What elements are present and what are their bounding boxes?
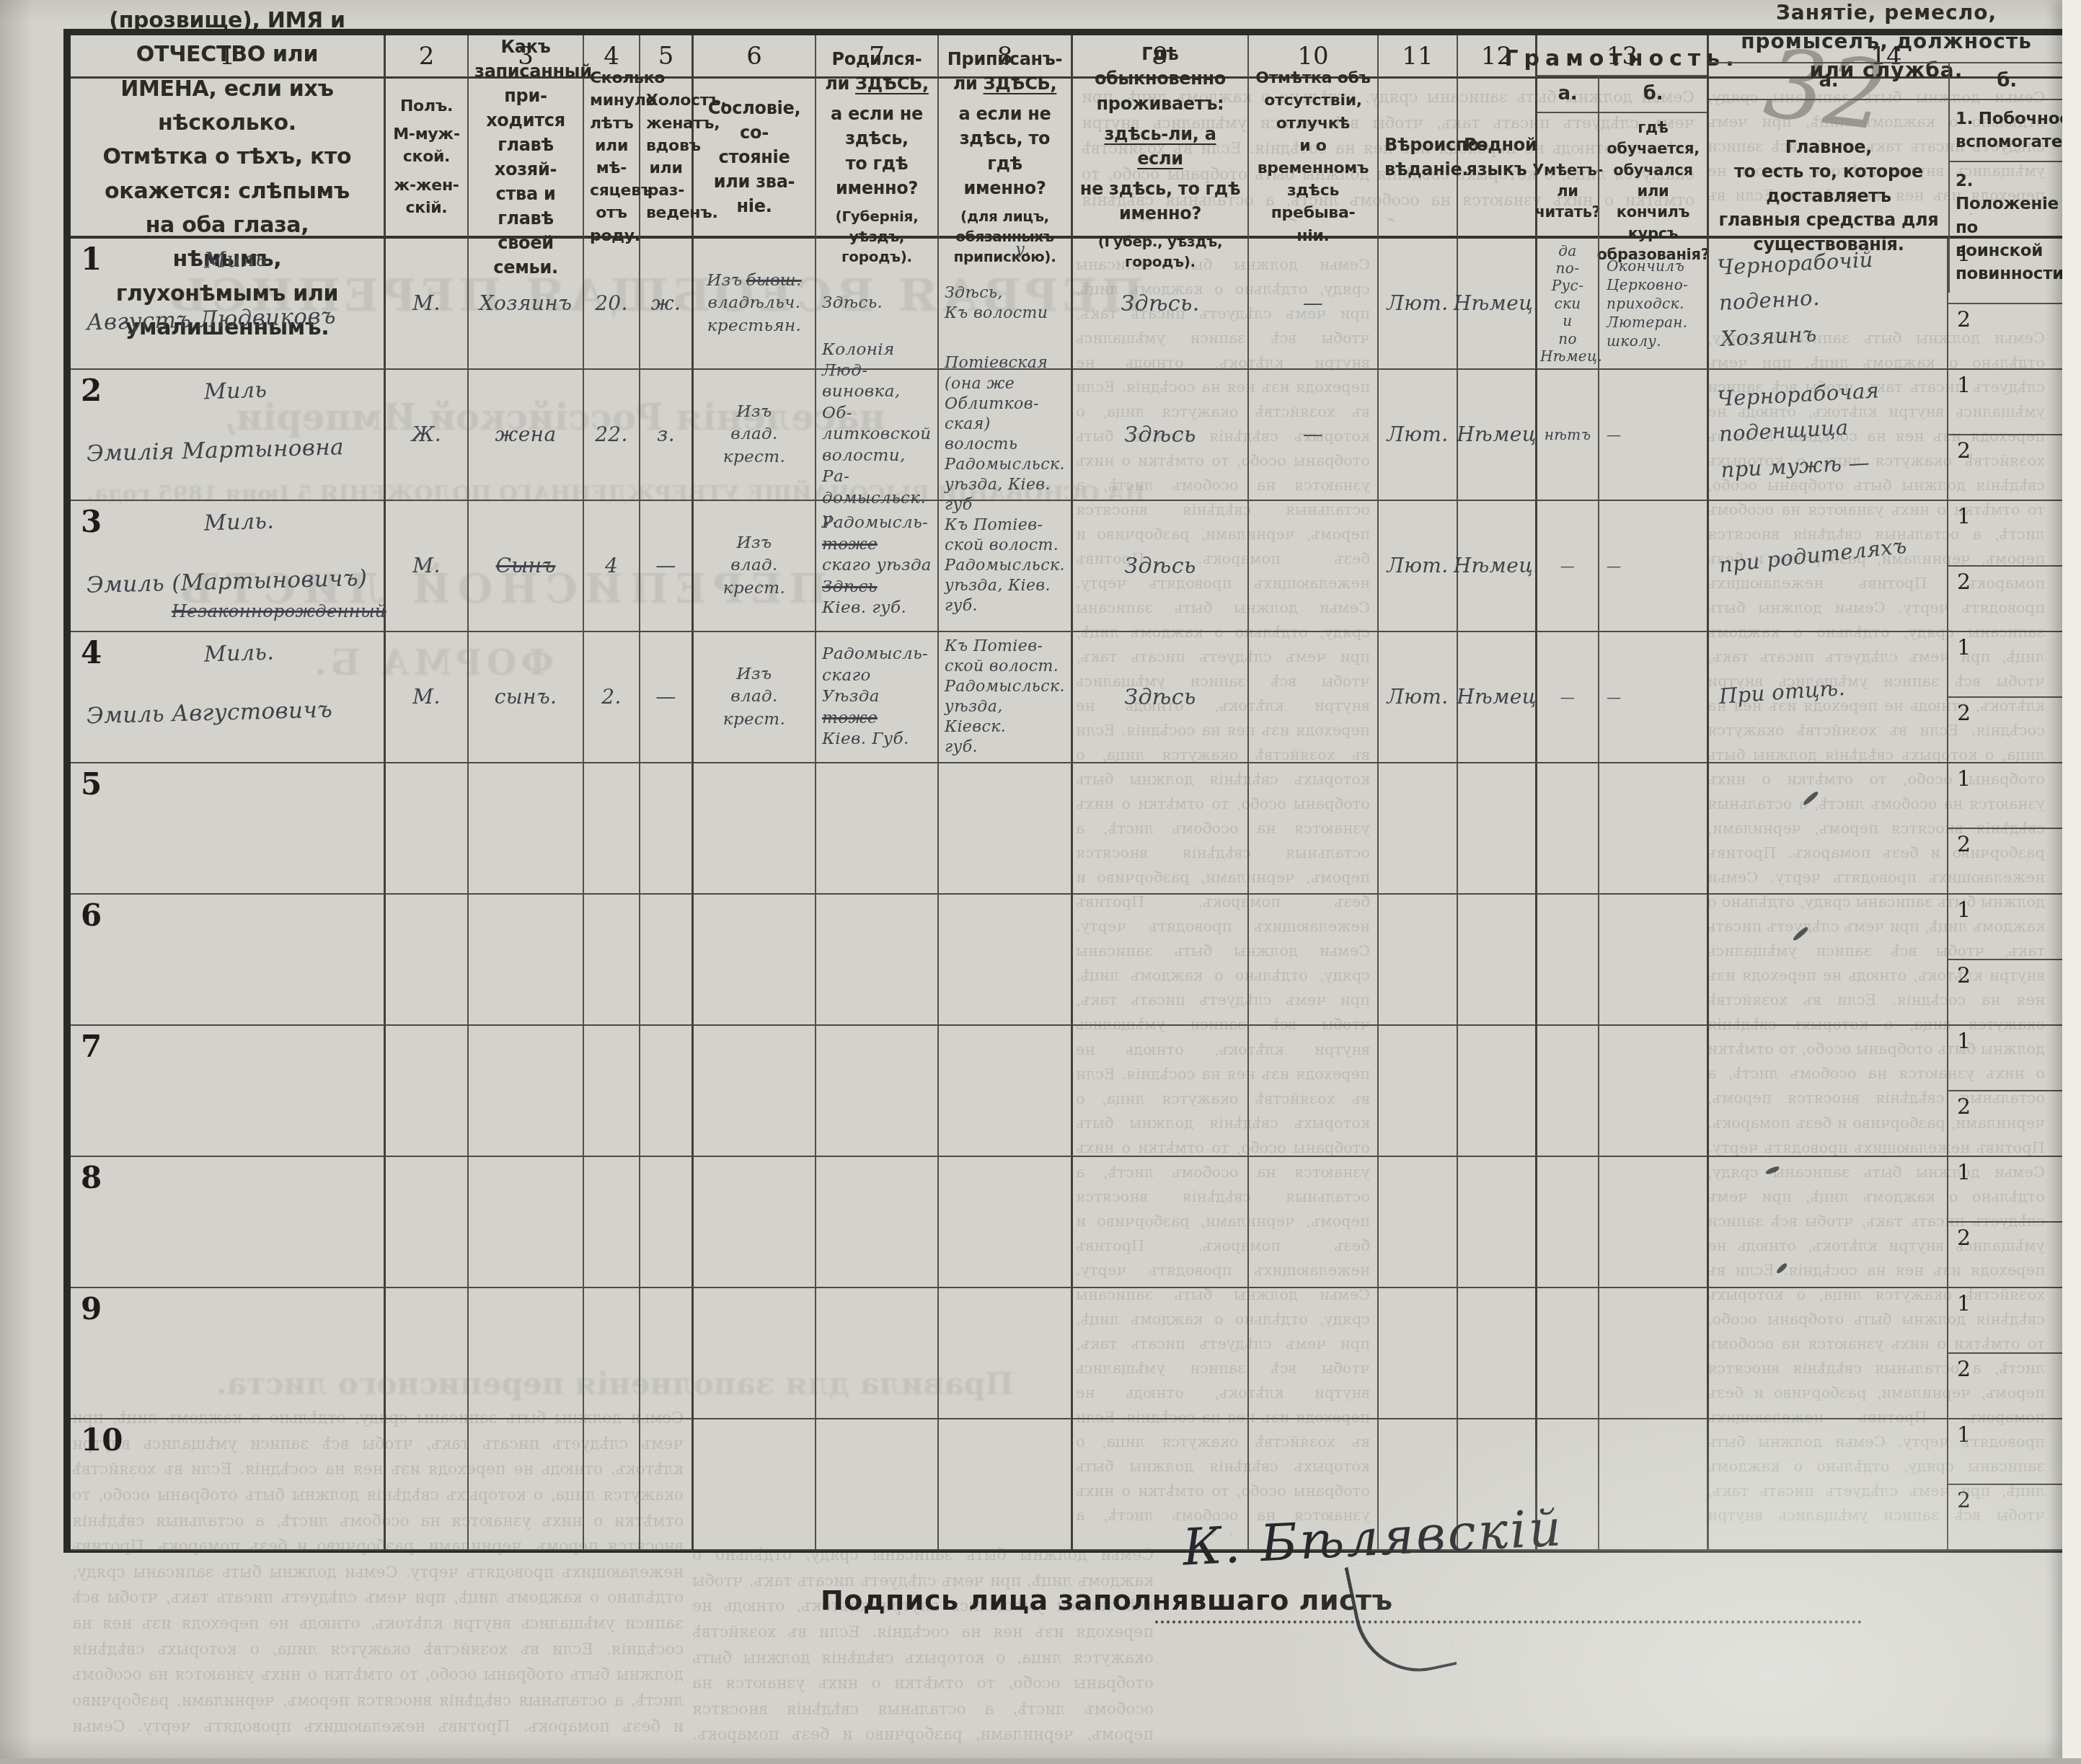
cell-absence xyxy=(1249,1026,1379,1157)
cell-occupation-main xyxy=(1709,895,1948,1026)
cell-age: 22. xyxy=(584,370,640,501)
cell-religion xyxy=(1379,1288,1458,1419)
cell-relation xyxy=(469,1419,584,1551)
row-number: 7 xyxy=(81,1029,102,1064)
cell-literacy-school: — xyxy=(1599,632,1709,763)
hw-entry: Нѣмец. xyxy=(1454,553,1540,579)
hw-entry: — xyxy=(1607,425,1700,444)
cell-occupation-main xyxy=(1709,1288,1948,1419)
header-text: Вѣроиспо- вѣданіе. xyxy=(1384,133,1451,182)
cell-occupation-side: 12 xyxy=(1948,1157,2064,1288)
cell-name: 10 xyxy=(71,1419,386,1551)
hw-entry-struck: тоже xyxy=(822,534,932,555)
sub-number: 1 xyxy=(1957,766,1971,792)
cell-name: 7 xyxy=(71,1026,386,1157)
cell-age: 4 xyxy=(584,501,640,632)
census-sheet-scan: ПЕРВАЯ ВСЕОБЩАЯ ПЕРЕПИСЬ населенія Россі… xyxy=(0,0,2081,1764)
cell-estate xyxy=(694,895,816,1026)
cell-estate xyxy=(694,1026,816,1157)
sub-number: 1 xyxy=(1957,635,1971,660)
cell-absence xyxy=(1249,632,1379,763)
hw-surname: Миль. xyxy=(203,507,274,537)
cell-sex: Ж. xyxy=(386,370,469,501)
header-birthplace-column: Родился-ли ЗДѢСЬ, а если не здѣсь, то гд… xyxy=(816,79,939,239)
header-text: Гдѣ обыкновенно проживаетъ: xyxy=(1079,42,1242,115)
sub-number: 1 xyxy=(1957,373,1971,398)
header-text: а если не здѣсь, то гдѣ именно? xyxy=(822,102,932,200)
cell-residence xyxy=(1073,1288,1249,1419)
hw-fullname: Эмиль Августовичъ xyxy=(87,696,333,731)
cell-name: 2 Миль Эмилія Мартыновна xyxy=(71,370,386,501)
cell-marital: з. xyxy=(640,370,694,501)
hw-entry: при родителяхъ xyxy=(1717,528,1909,583)
cell-occupation-main: Чернорабочая поденщица при мужѣ — xyxy=(1709,370,1948,501)
sub-number: 2 xyxy=(1957,832,1971,857)
cell-occupation-side: 12 xyxy=(1948,1026,2064,1157)
hw-entry: ж. xyxy=(651,291,681,316)
cell-ascription: Къ Потіев- ской волост. Радомысльск. уѣз… xyxy=(939,632,1073,763)
cell-name: 1 Миль Августъ Людвиковъ xyxy=(71,239,386,370)
side-sub-2: 2 xyxy=(1948,303,2064,368)
header-text: Родной языкъ xyxy=(1464,133,1529,182)
header-occupation-column: Занятіе, ремесло, промыселъ, должность и… xyxy=(1709,79,2064,239)
sub-number: 2 xyxy=(1957,1488,1971,1513)
header-estate-column: Сословіе, со- стояніе или зва- ніе. xyxy=(694,79,816,239)
hw-entry: — xyxy=(1540,688,1595,706)
header-literacy-column: Грамотность. а. Умѣетъ- ли читать? б. гд… xyxy=(1537,79,1709,239)
cell-religion xyxy=(1379,1026,1458,1157)
cell-literacy-read xyxy=(1537,895,1599,1026)
hw-entry: Изъ влад. крест. xyxy=(723,532,785,599)
hw-entry: владѣльч. крестьян. xyxy=(707,292,802,337)
hw-entry: Здѣсь xyxy=(1124,552,1196,580)
hw-note: Незаконнорожденный xyxy=(172,600,386,623)
sub-number: 1 xyxy=(1957,504,1971,529)
cell-ascription: у.Здѣсь, Къ волости xyxy=(939,239,1073,370)
cell-age: 2. xyxy=(584,632,640,763)
row-number: 1 xyxy=(81,241,102,277)
hw-entry: Чернорабочій поденно. Хозяинъ xyxy=(1716,242,1878,357)
cell-occupation-side: 12 xyxy=(1948,501,2064,632)
sub-letter: а. xyxy=(1537,76,1598,113)
cell-literacy-read: да по-Рус- ски и по Нѣмец. xyxy=(1537,239,1599,370)
hw-entry: Ж. xyxy=(412,422,441,448)
cell-ascription xyxy=(939,1419,1073,1551)
cell-literacy-school: — xyxy=(1599,501,1709,632)
cell-language xyxy=(1458,895,1537,1026)
cell-language xyxy=(1458,1157,1537,1288)
header-ascription-column: Приписанъ-ли ЗДѢСЬ, а если не здѣсь, то … xyxy=(939,79,1073,239)
header-text: Сколько минуло лѣтъ или мѣ- сяцевъ отъ р… xyxy=(590,67,633,247)
hw-entry: Кіев. губ. xyxy=(822,598,932,619)
hw-entry: Нѣмец. xyxy=(1454,291,1540,316)
cell-name: 3 Миль. Эмиль (Мартыновичъ) Незаконнорож… xyxy=(71,501,386,632)
hw-surname: Миль. xyxy=(203,638,274,668)
cell-literacy-read: — xyxy=(1537,632,1599,763)
cell-ascription: Къ Потіев- ской волост. Радомысльск. уѣз… xyxy=(939,501,1073,632)
cell-relation: сынъ. xyxy=(469,632,584,763)
side-sub-1: 1 xyxy=(1948,1288,2064,1352)
header-residence-column: Гдѣ обыкновенно проживаетъ: здѣсь-ли, а … xyxy=(1073,79,1249,239)
cell-birthplace: Радомысль- тоже скаго уѣзда Здѣсь Кіев. … xyxy=(816,501,939,632)
sub-number: 2 xyxy=(1957,701,1971,726)
cell-literacy-school: — xyxy=(1599,370,1709,501)
hw-entry: При отцѣ. xyxy=(1718,670,1846,714)
cell-marital xyxy=(640,1026,694,1157)
cell-estate xyxy=(694,763,816,895)
signature-flourish xyxy=(1344,1549,1457,1683)
header-text: М-муж- ской. xyxy=(392,123,461,168)
cell-language xyxy=(1458,1026,1537,1157)
header-text: 1. Побочное или вспомогательное. xyxy=(1950,100,2064,161)
header-text: здѣсь-ли, а если xyxy=(1079,122,1242,171)
cell-birthplace: Колонія Люд- виновка, Об- литковской вол… xyxy=(816,370,939,501)
row-number: 3 xyxy=(81,504,102,539)
hw-entry-struck: тоже xyxy=(822,708,932,729)
cell-occupation-side: 12 xyxy=(1948,1288,2064,1419)
cell-age xyxy=(584,895,640,1026)
hw-entry: Лют. xyxy=(1387,684,1448,710)
side-sub-2: 2 xyxy=(1948,828,2064,893)
hw-surname: Миль xyxy=(203,244,267,275)
hw-entry: Радомысль- xyxy=(822,644,932,665)
cell-relation xyxy=(469,763,584,895)
cell-ascription xyxy=(939,763,1073,895)
cell-literacy-read: нѣтъ xyxy=(1537,370,1599,501)
cell-sex xyxy=(386,1288,469,1419)
sub-number: 2 xyxy=(1957,1357,1971,1382)
side-sub-1: 1 xyxy=(1948,632,2064,696)
row-number: 5 xyxy=(81,766,102,802)
cell-literacy-school xyxy=(1599,1288,1709,1419)
cell-sex xyxy=(386,895,469,1026)
hw-entry: Здѣсь. xyxy=(1121,290,1199,318)
cell-residence: Здѣсь xyxy=(1073,370,1249,501)
hw-entry: Изъ xyxy=(707,271,742,290)
sub-number: 2 xyxy=(1957,438,1971,464)
side-sub-2: 2 xyxy=(1948,1221,2064,1287)
cell-relation: жена xyxy=(469,370,584,501)
cell-absence xyxy=(1249,895,1379,1026)
cell-religion: Лют. xyxy=(1379,370,1458,501)
hw-fullname: Эмилія Мартыновна xyxy=(87,433,345,469)
cell-occupation-main xyxy=(1709,1419,1948,1551)
row-number: 9 xyxy=(81,1291,102,1326)
cell-age xyxy=(584,1288,640,1419)
cell-absence: — xyxy=(1249,370,1379,501)
cell-absence xyxy=(1249,1288,1379,1419)
hw-entry: Здѣсь, Къ волости xyxy=(945,283,1065,324)
cell-residence xyxy=(1073,1157,1249,1288)
hw-entry: Здѣсь xyxy=(1124,683,1196,712)
header-text: а если не здѣсь, то гдѣ именно? xyxy=(945,102,1065,200)
cell-relation: Хозяинъ xyxy=(469,239,584,370)
cell-residence: Здѣсь xyxy=(1073,632,1249,763)
hw-entry: — xyxy=(1303,422,1323,448)
sub-number: 1 xyxy=(1957,241,1971,267)
sub-number: 2 xyxy=(1957,1094,1971,1120)
col-number: 6 xyxy=(694,35,816,79)
cell-relation xyxy=(469,1026,584,1157)
cell-occupation-side: 12 xyxy=(1948,632,2064,763)
cell-occupation-side: 12 xyxy=(1948,1419,2064,1551)
cell-literacy-read xyxy=(1537,1288,1599,1419)
side-sub-1: 1 xyxy=(1948,1419,2064,1484)
cell-absence xyxy=(1249,763,1379,895)
cell-birthplace xyxy=(816,1419,939,1551)
cell-literacy-read xyxy=(1537,1157,1599,1288)
cell-absence xyxy=(1249,501,1379,632)
hw-entry: 2. xyxy=(601,684,622,710)
cell-estate: Изъ влад. крест. xyxy=(694,632,816,763)
sub-number: 2 xyxy=(1957,307,1971,332)
hw-entry: Радомысль- xyxy=(822,513,932,533)
signature-line xyxy=(1155,1595,1862,1623)
bleedthrough-text: Семьи должны быть записаны сряду, отдѣль… xyxy=(692,1543,1154,1752)
hw-entry: Изъ влад. крест. xyxy=(723,401,785,468)
hw-entry: — xyxy=(655,684,676,710)
hw-entry: Лют. xyxy=(1387,291,1448,316)
sub-number: 2 xyxy=(1957,569,1971,595)
hw-fullname: Эмиль (Мартыновичъ) xyxy=(87,564,368,600)
side-sub-1: 1 xyxy=(1948,1157,2064,1221)
cell-birthplace xyxy=(816,1288,939,1419)
cell-language: Нѣмец xyxy=(1458,632,1537,763)
cell-sex: М. xyxy=(386,501,469,632)
hw-entry: жена xyxy=(495,422,556,448)
header-relation-column: Какъ записанный при- ходится главѣ хозяй… xyxy=(469,79,584,239)
side-sub-1: 1 xyxy=(1948,895,2064,959)
side-sub-1: 1 xyxy=(1948,1026,2064,1090)
header-sex-column: Полъ. М-муж- ской. ж-жен- скій. xyxy=(386,79,469,239)
hw-entry: Къ Потіев- ской волост. Радомысльск. уѣз… xyxy=(945,637,1065,758)
cell-religion: Лют. xyxy=(1379,239,1458,370)
cell-literacy-read xyxy=(1537,763,1599,895)
cell-sex xyxy=(386,1026,469,1157)
col-number: 2 xyxy=(386,35,469,79)
cell-estate: Изъ влад. крест. xyxy=(694,370,816,501)
cell-absence xyxy=(1249,1157,1379,1288)
cell-birthplace: Радомысль- скаго Уѣзда тоже Кіев. Губ. xyxy=(816,632,939,763)
hw-entry: скаго уѣзда xyxy=(822,555,932,576)
cell-marital xyxy=(640,763,694,895)
cell-marital: — xyxy=(640,632,694,763)
cell-religion xyxy=(1379,1157,1458,1288)
header-text: Полъ. xyxy=(392,95,461,118)
hw-entry: да по-Рус- ски и по Нѣмец. xyxy=(1540,242,1595,365)
hw-entry: сынъ. xyxy=(495,684,557,710)
sub-number: 1 xyxy=(1957,1422,1971,1448)
hw-entry: М. xyxy=(412,553,440,579)
hw-entry: — xyxy=(1607,688,1700,706)
cell-estate xyxy=(694,1419,816,1551)
header-text: Отмѣтка объ отсутствіи, отлучкѣ и о врем… xyxy=(1255,67,1371,247)
side-sub-1: 1 xyxy=(1948,370,2064,434)
cell-sex xyxy=(386,1157,469,1288)
sub-number: 2 xyxy=(1957,963,1971,988)
occupation-title: Занятіе, ремесло, промыселъ, должность и… xyxy=(1709,22,2064,62)
cell-marital xyxy=(640,1419,694,1551)
cell-religion xyxy=(1379,895,1458,1026)
hw-entry: 22. xyxy=(595,422,628,448)
header-age-column: Сколько минуло лѣтъ или мѣ- сяцевъ отъ р… xyxy=(584,79,640,239)
hw-entry: Здѣсь xyxy=(1124,421,1196,449)
cell-birthplace xyxy=(816,763,939,895)
paper-right-edge xyxy=(2062,0,2081,1764)
header-religion-column: Вѣроиспо- вѣданіе. xyxy=(1379,79,1458,239)
side-sub-2: 2 xyxy=(1948,959,2064,1024)
cell-literacy-read xyxy=(1537,1026,1599,1157)
hw-entry-struck: бывш. xyxy=(746,271,801,290)
side-sub-1: 1 xyxy=(1948,763,2064,828)
cell-occupation-main xyxy=(1709,1026,1948,1157)
cell-religion xyxy=(1379,763,1458,895)
cell-ascription xyxy=(939,895,1073,1026)
hw-entry: Окончилъ Церковно- приходск. Лютеран. шк… xyxy=(1607,257,1700,350)
cell-ascription xyxy=(939,1157,1073,1288)
cell-age xyxy=(584,1419,640,1551)
cell-residence: Здѣсь. xyxy=(1073,239,1249,370)
cell-sex: М. xyxy=(386,239,469,370)
cell-sex: М. xyxy=(386,632,469,763)
census-table: 1 2 3 4 5 6 7 8 9 10 11 12 13 14 ФАМИЛІЯ… xyxy=(63,29,2068,1553)
hw-entry: Изъ влад. крест. xyxy=(723,663,785,730)
sub-letter: б. xyxy=(1950,63,2064,100)
hw-entry-struck: Сынъ xyxy=(496,553,556,579)
header-text: Сословіе, со- стояніе или зва- ніе. xyxy=(699,96,809,218)
sub-number: 1 xyxy=(1957,1029,1971,1054)
cell-literacy-school xyxy=(1599,763,1709,895)
side-sub-2: 2 xyxy=(1948,1484,2064,1549)
cell-relation: Сынъ xyxy=(469,501,584,632)
literacy-title: Грамотность. xyxy=(1537,44,1707,75)
paper-bottom-edge xyxy=(0,1758,2081,1764)
hw-entry: Чернорабочая поденщица при мужѣ — xyxy=(1716,373,1883,487)
header-absence-column: Отмѣтка объ отсутствіи, отлучкѣ и о врем… xyxy=(1249,79,1379,239)
cell-language xyxy=(1458,1288,1537,1419)
sub-number: 1 xyxy=(1957,1291,1971,1316)
cell-birthplace xyxy=(816,1026,939,1157)
cell-occupation-main: При отцѣ. xyxy=(1709,632,1948,763)
cell-marital xyxy=(640,1157,694,1288)
hw-entry: — xyxy=(655,553,676,579)
cell-name: 6 xyxy=(71,895,386,1026)
hw-entry: Здѣсь. xyxy=(822,293,932,314)
header-name-column: ФАМИЛІЯ, (прозвище), ИМЯ и ОТЧЕСТВО или … xyxy=(71,79,386,239)
hw-entry: — xyxy=(1607,557,1700,575)
cell-relation xyxy=(469,1157,584,1288)
cell-marital xyxy=(640,1288,694,1419)
cell-estate: Изъ влад. крест. xyxy=(694,501,816,632)
cell-birthplace xyxy=(816,1157,939,1288)
cell-marital xyxy=(640,895,694,1026)
cell-language: Нѣмец xyxy=(1458,370,1537,501)
cell-literacy-read: — xyxy=(1537,501,1599,632)
sub-number: 2 xyxy=(1957,1226,1971,1251)
hw-entry: Лют. xyxy=(1387,422,1448,448)
header-marital-column: Холостъ, женатъ, вдовъ или раз- веденъ. xyxy=(640,79,694,239)
cell-sex xyxy=(386,763,469,895)
cell-sex xyxy=(386,1419,469,1551)
cell-literacy-school xyxy=(1599,895,1709,1026)
cell-residence xyxy=(1073,763,1249,895)
cell-literacy-school: Окончилъ Церковно- приходск. Лютеран. шк… xyxy=(1599,239,1709,370)
sub-number: 1 xyxy=(1957,1160,1971,1185)
cell-relation xyxy=(469,895,584,1026)
cell-absence: — xyxy=(1249,239,1379,370)
cell-estate: Изъ бывш.владѣльч. крестьян. xyxy=(694,239,816,370)
side-sub-1: 1 xyxy=(1948,239,2064,303)
hw-entry: — xyxy=(1303,291,1323,316)
cell-residence xyxy=(1073,895,1249,1026)
sub-letter: б. xyxy=(1599,76,1707,113)
cell-ascription xyxy=(939,1026,1073,1157)
cell-occupation-side: 12 xyxy=(1948,763,2064,895)
side-sub-2: 2 xyxy=(1948,1352,2064,1418)
hw-entry: 20. xyxy=(595,291,628,316)
side-sub-2: 2 xyxy=(1948,1090,2064,1156)
header-text: не здѣсь, то гдѣ именно? xyxy=(1079,177,1242,226)
cell-age xyxy=(584,763,640,895)
cell-name: 4 Миль. Эмиль Августовичъ xyxy=(71,632,386,763)
cell-estate xyxy=(694,1157,816,1288)
cell-ascription: Потіевская (она же Облитков- ская) волос… xyxy=(939,370,1073,501)
hw-entry: М. xyxy=(412,291,440,316)
hw-mark: у. xyxy=(1015,240,1030,260)
cell-occupation-main xyxy=(1709,1157,1948,1288)
side-sub-2: 2 xyxy=(1948,434,2064,500)
sub-number: 1 xyxy=(1957,897,1971,923)
cell-literacy-school xyxy=(1599,1419,1709,1551)
side-sub-1: 1 xyxy=(1948,501,2064,565)
cell-relation xyxy=(469,1288,584,1419)
hw-entry: з. xyxy=(657,422,675,448)
sub-letter: а. xyxy=(1709,63,1948,100)
cell-occupation-main: Чернорабочій поденно. Хозяинъ xyxy=(1709,239,1948,370)
hw-entry: Потіевская (она же Облитков- ская) волос… xyxy=(945,353,1065,515)
col-number: 11 xyxy=(1379,35,1458,79)
header-language-column: Родной языкъ xyxy=(1458,79,1537,239)
header-text: ж-жен- скій. xyxy=(392,174,461,219)
hw-entry: Лют. xyxy=(1387,553,1448,579)
hw-entry: 4 xyxy=(605,553,618,579)
row-number: 2 xyxy=(81,373,102,408)
hw-surname: Миль xyxy=(203,376,267,406)
cell-ascription xyxy=(939,1288,1073,1419)
side-sub-2: 2 xyxy=(1948,565,2064,631)
cell-age: 20. xyxy=(584,239,640,370)
row-number: 6 xyxy=(81,897,102,933)
cell-occupation-side: 12 xyxy=(1948,895,2064,1026)
cell-marital: — xyxy=(640,501,694,632)
row-number: 8 xyxy=(81,1160,102,1195)
cell-age xyxy=(584,1026,640,1157)
cell-name: 5 xyxy=(71,763,386,895)
cell-name: 9 xyxy=(71,1288,386,1419)
cell-marital: ж. xyxy=(640,239,694,370)
cell-age xyxy=(584,1157,640,1288)
hw-entry: Хозяинъ xyxy=(480,291,573,316)
cell-estate xyxy=(694,1288,816,1419)
hw-entry: Нѣмец xyxy=(1457,684,1536,710)
hw-entry-struck: Здѣсь xyxy=(822,577,932,598)
hw-entry: М. xyxy=(412,684,440,710)
cell-residence: Здѣсь xyxy=(1073,501,1249,632)
side-sub-2: 2 xyxy=(1948,696,2064,762)
cell-birthplace xyxy=(816,895,939,1026)
header-text: Родился-ли ЗДѢСЬ, xyxy=(822,47,932,96)
row-number: 4 xyxy=(81,635,102,670)
